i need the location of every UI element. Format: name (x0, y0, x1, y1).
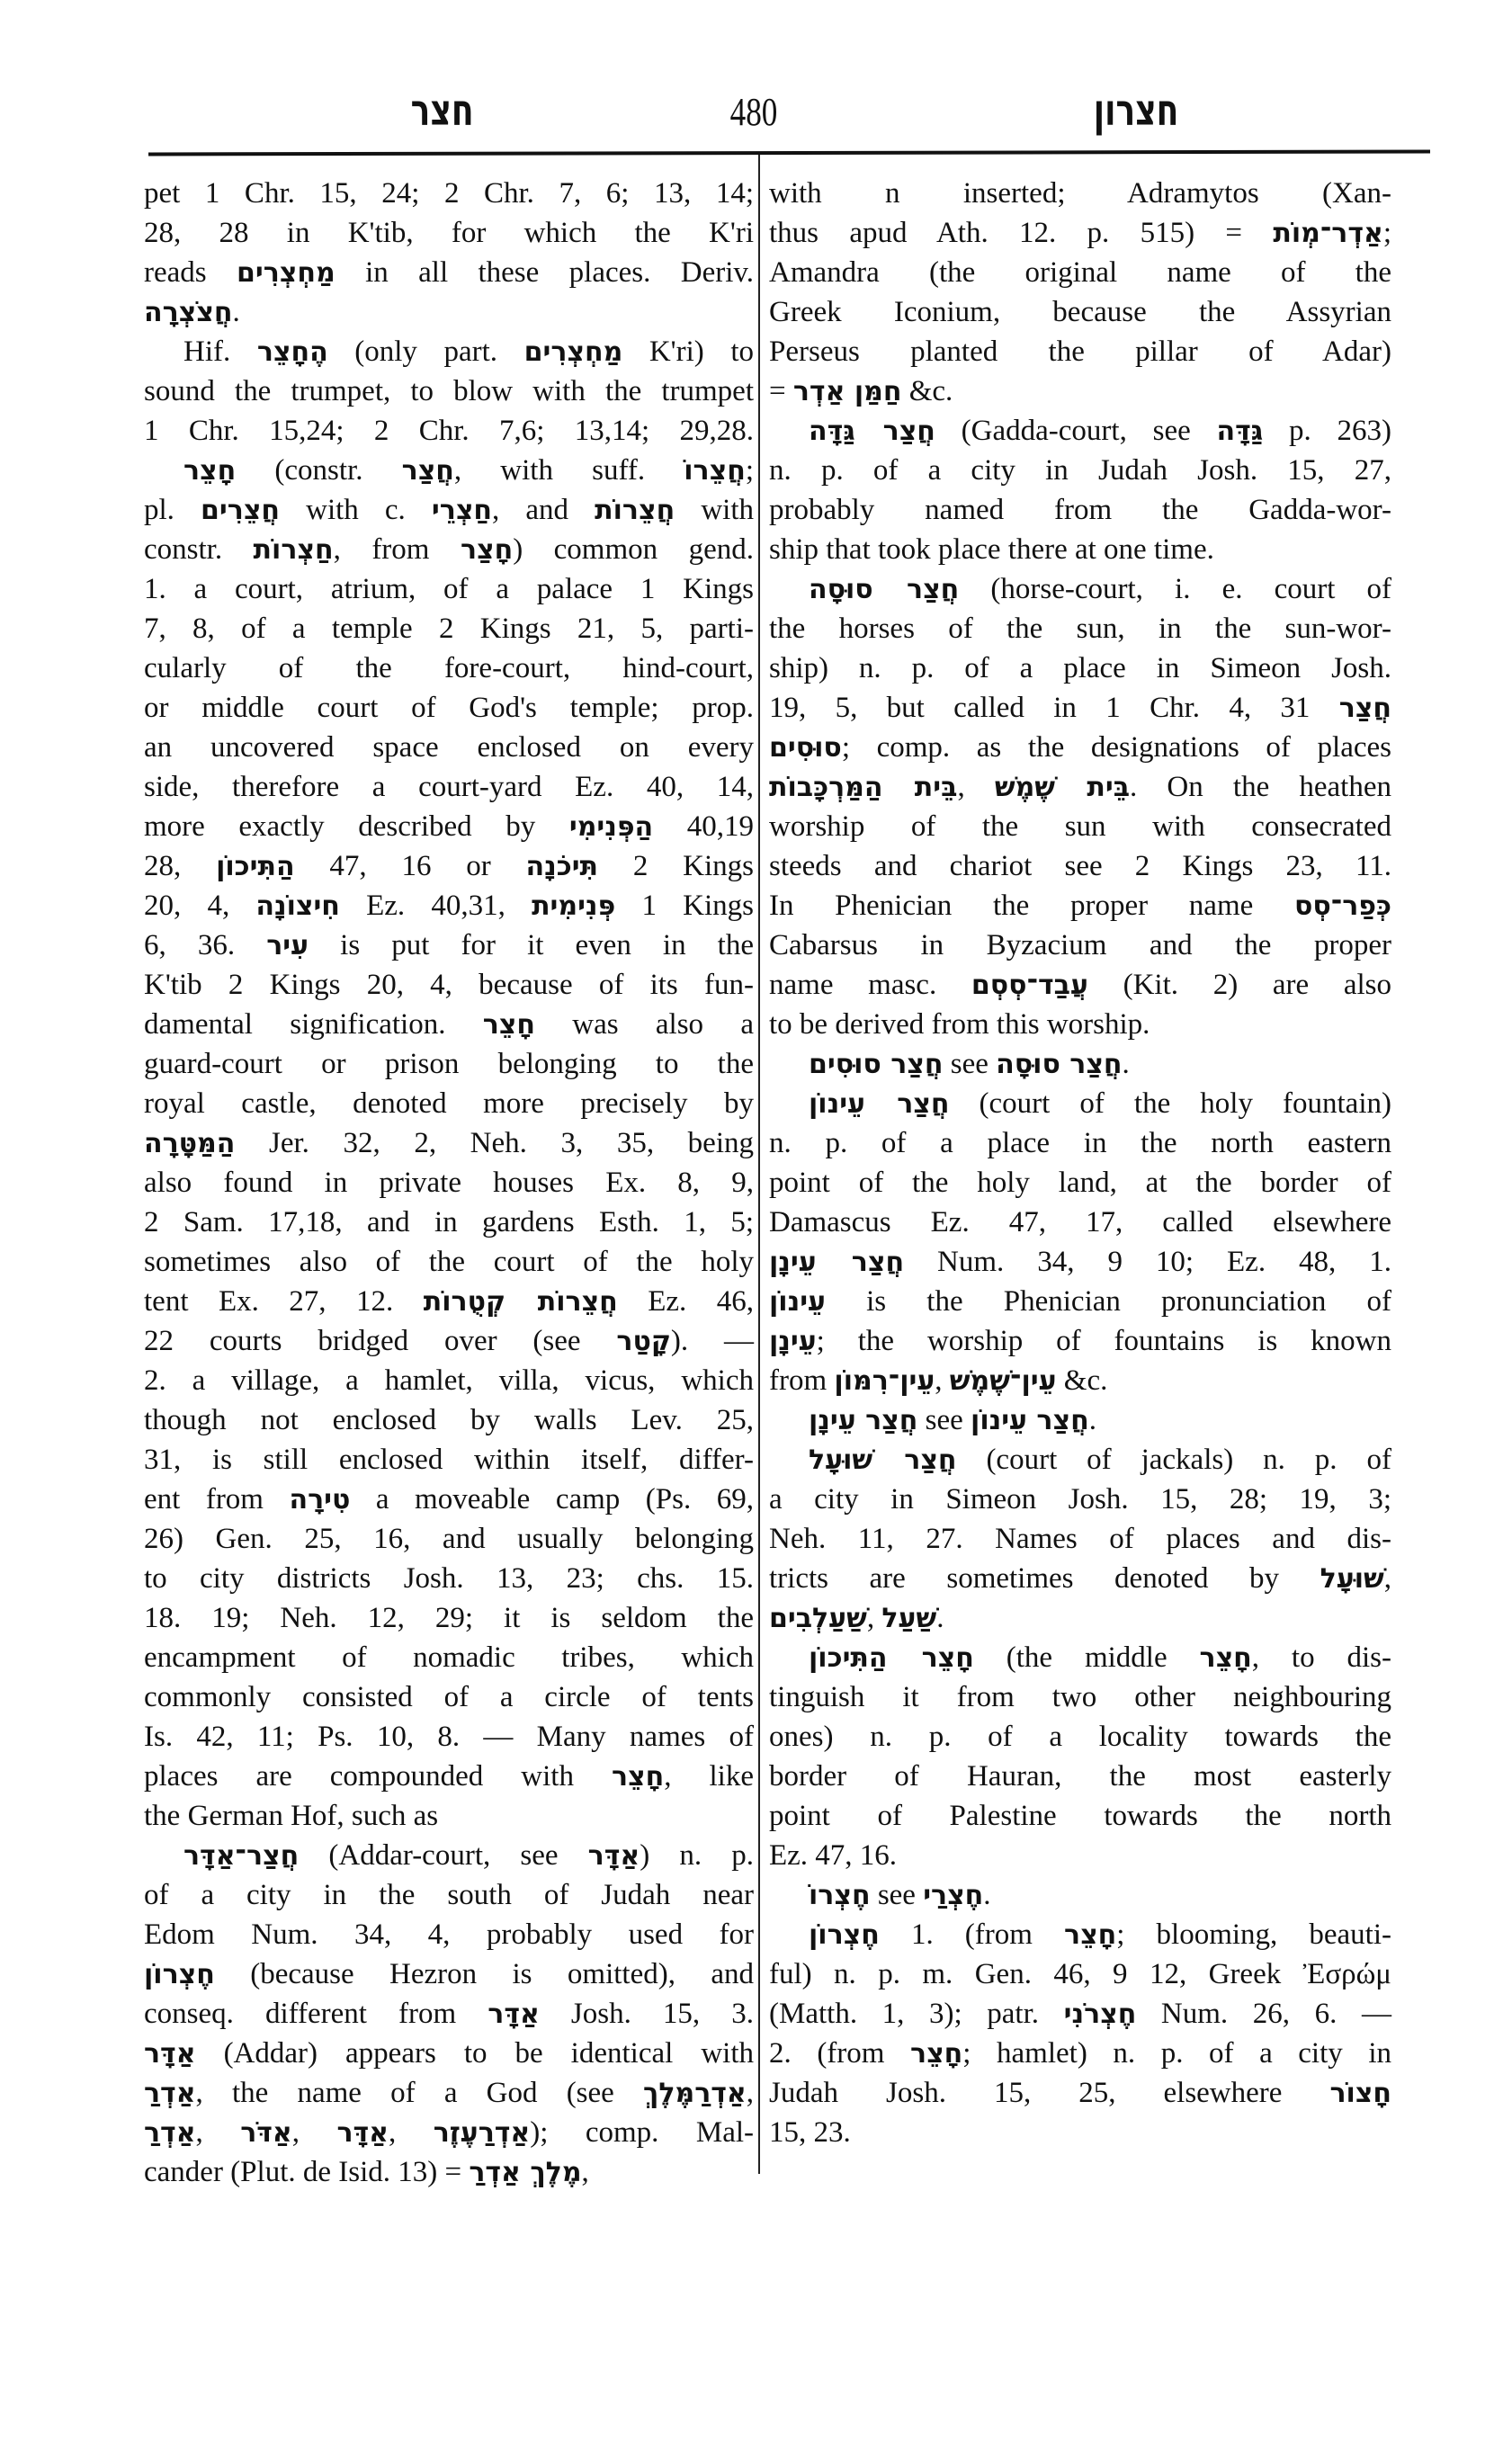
text-line: K'tib 2 Kings 20, 4, because of its fun- (144, 965, 754, 1005)
text-line: עֵינוֹן is the Phenician pronunciation o… (769, 1282, 1391, 1321)
text-line: חֲצַר סוּסָה (horse-court, i. e. court o… (769, 569, 1391, 609)
text-line: Hif. הֶחָצֵר (only part. מַחְצְרִים K'ri… (144, 332, 754, 371)
text-line: point of the holy land, at the border of (769, 1163, 1391, 1203)
text-line: חָצֵר הַתִּיכוֹן (the middle חָצֵר, to d… (769, 1638, 1391, 1677)
text-line: אַדְרַ, אַדֹּר, אַדָּר, אַדְרַעֶזֶר); co… (144, 2113, 754, 2152)
text-line: 18. 19; Neh. 12, 29; it is seldom the (144, 1598, 754, 1638)
text-line: an uncovered space enclosed on every (144, 728, 754, 767)
text-line: 2. (from חָצֵר; hamlet) n. p. of a city … (769, 2034, 1391, 2073)
text-line: Cabarsus in Byzacium and the proper (769, 925, 1391, 965)
text-line: conseq. different from אַדָּר Josh. 15, … (144, 1994, 754, 2034)
text-line: pet 1 Chr. 15, 24; 2 Chr. 7, 6; 13, 14; (144, 174, 754, 213)
text-line: 1 Chr. 15,24; 2 Chr. 7,6; 13,14; 29,28. (144, 411, 754, 451)
text-line: ful) n. p. m. Gen. 46, 9 12, Greek Ἐσρώμ (769, 1954, 1391, 1994)
text-line: steeds and chariot see 2 Kings 23, 11. (769, 846, 1391, 886)
text-line: = חַמַּן אַדְר &c. (769, 371, 1391, 411)
text-line: border of Hauran, the most easterly (769, 1757, 1391, 1796)
text-line: to city districts Josh. 13, 23; chs. 15. (144, 1559, 754, 1598)
text-line: ship that took place there at one time. (769, 530, 1391, 569)
text-line: 7, 8, of a temple 2 Kings 21, 5, parti- (144, 609, 754, 648)
text-line: sound the trumpet, to blow with the trum… (144, 371, 754, 411)
text-line: (Matth. 1, 3); patr. חֶצְרֹנִי Num. 26, … (769, 1994, 1391, 2034)
text-line: thus apud Ath. 12. p. 515) = אַדְר־מְוֹת… (769, 213, 1391, 253)
text-line: though not enclosed by walls Lev. 25, (144, 1400, 754, 1440)
right-column: with n inserted; Adramytos (Xan-thus apu… (769, 174, 1391, 2152)
text-line: tinguish it from two other neighbouring (769, 1677, 1391, 1717)
text-line: שַׁעַלְבִים, שַׁעַל. (769, 1598, 1391, 1638)
text-line: בֵּית הַמַּרְכָּבוֹת, בֵּית שֶׁמֶשׁ. On … (769, 767, 1391, 807)
text-line: also found in private houses Ex. 8, 9, (144, 1163, 754, 1203)
text-line: 6, 36. עִיר is put for it even in the (144, 925, 754, 965)
text-line: חֶצְרוֹן (because Hezron is omitted), an… (144, 1954, 754, 1994)
text-line: Greek Iconium, because the Assyrian (769, 292, 1391, 332)
text-line: חֲצַר שׁוּעָל (court of jackals) n. p. o… (769, 1440, 1391, 1480)
text-line: ones) n. p. of a locality towards the (769, 1717, 1391, 1757)
text-line: 20, 4, חִיצוֹנָה Ez. 40,31, פְּנִימִית 1… (144, 886, 754, 925)
text-line: n. p. of a city in Judah Josh. 15, 27, (769, 451, 1391, 490)
text-line: חֲצַר עֵינוֹן (court of the holy fountai… (769, 1084, 1391, 1123)
text-line: point of Palestine towards the north (769, 1796, 1391, 1836)
text-line: 28, הַתִּיכוֹן 47, 16 or תִּיכֹנָה 2 Kin… (144, 846, 754, 886)
text-line: side, therefore a court-yard Ez. 40, 14, (144, 767, 754, 807)
text-line: 19, 5, but called in 1 Chr. 4, 31 חֲצַר (769, 688, 1391, 728)
text-line: 15, 23. (769, 2113, 1391, 2152)
text-line: tent Ex. 27, 12. חֲצֵרוֹת קְטֻרוֹת Ez. 4… (144, 1282, 754, 1321)
text-line: Perseus planted the pillar of Adar) (769, 332, 1391, 371)
text-line: In Phenician the proper name כְּפַר־סְס (769, 886, 1391, 925)
page-number: 480 (730, 89, 778, 135)
text-line: royal castle, denoted more precisely by (144, 1084, 754, 1123)
text-line: חֲצַר־אַדָּר (Addar-court, see אַדָּר) n… (144, 1836, 754, 1875)
text-line: חֲצַר סוּסִים see חֲצַר סוּסָה. (769, 1044, 1391, 1084)
text-line: חֲצֹצְרָה. (144, 292, 754, 332)
text-line: constr. חַצְרוֹת, from חָצַר) common gen… (144, 530, 754, 569)
text-line: of a city in the south of Judah near (144, 1875, 754, 1915)
left-column: pet 1 Chr. 15, 24; 2 Chr. 7, 6; 13, 14;2… (144, 174, 754, 2192)
text-line: עֵינָן; the worship of fountains is know… (769, 1321, 1391, 1361)
text-line: Judah Josh. 15, 25, elsewhere חָצוֹר (769, 2073, 1391, 2113)
text-line: אַדָּר (Addar) appears to be identical w… (144, 2034, 754, 2073)
text-line: more exactly described by הַפְּנִימִי 40… (144, 807, 754, 846)
running-head-left-word: חצר (411, 85, 474, 136)
text-line: 26) Gen. 25, 16, and usually belonging (144, 1519, 754, 1559)
text-line: 31, is still enclosed within itself, dif… (144, 1440, 754, 1480)
text-line: Amandra (the original name of the (769, 253, 1391, 292)
text-line: damental signification. חָצֵר was also a (144, 1005, 754, 1044)
text-line: 22 courts bridged over (see קָטַר). — (144, 1321, 754, 1361)
text-line: 2 Sam. 17,18, and in gardens Esth. 1, 5; (144, 1203, 754, 1242)
text-line: commonly consisted of a circle of tents (144, 1677, 754, 1717)
text-line: n. p. of a place in the north eastern (769, 1123, 1391, 1163)
text-line: חֲצַר עֵינָן see חֲצַר עֵינוֹן. (769, 1400, 1391, 1440)
text-line: חָצֵר (constr. חֲצַר, with suff. חֲצֵרוֹ… (144, 451, 754, 490)
text-line: places are compounded with חָצֵר, like (144, 1757, 754, 1796)
text-line: or middle court of God's temple; prop. (144, 688, 754, 728)
text-line: cander (Plut. de Isid. 13) = מֶלֶךְ אַדְ… (144, 2152, 754, 2192)
text-line: Ez. 47, 16. (769, 1836, 1391, 1875)
text-line: הַמַּטָּרָה Jer. 32, 2, Neh. 3, 35, bein… (144, 1123, 754, 1163)
text-line: the horses of the sun, in the sun-wor- (769, 609, 1391, 648)
header-rule (148, 150, 1430, 156)
text-line: worship of the sun with consecrated (769, 807, 1391, 846)
text-line: pl. חֲצֵרִים with c. חַצְרֵי, and חֲצֵרו… (144, 490, 754, 530)
text-line: probably named from the Gadda-wor- (769, 490, 1391, 530)
running-head-right-word: חצרון (1094, 85, 1179, 136)
text-line: אַדְרַ, the name of a God (see אַדְרַמֶּ… (144, 2073, 754, 2113)
text-line: ship) n. p. of a place in Simeon Josh. (769, 648, 1391, 688)
text-line: ent from טִירָה a moveable camp (Ps. 69, (144, 1480, 754, 1519)
column-divider (758, 155, 760, 2174)
text-line: a city in Simeon Josh. 15, 28; 19, 3; (769, 1480, 1391, 1519)
text-line: חֲצַר עֵינָן Num. 34, 9 10; Ez. 48, 1. (769, 1242, 1391, 1282)
running-head: חצר 480 חצרון (148, 85, 1430, 148)
text-line: from עֵין־רִמּוֹן, עֵין־שֶׁמֶשׁ &c. (769, 1361, 1391, 1400)
text-line: Edom Num. 34, 4, probably used for (144, 1915, 754, 1954)
text-line: Neh. 11, 27. Names of places and dis- (769, 1519, 1391, 1559)
text-line: reads מַחְצְרִים in all these places. De… (144, 253, 754, 292)
text-line: 28, 28 in K'tib, for which the K'ri (144, 213, 754, 253)
text-line: Is. 42, 11; Ps. 10, 8. — Many names of (144, 1717, 754, 1757)
text-line: סוּסִים; comp. as the designations of pl… (769, 728, 1391, 767)
text-line: sometimes also of the court of the holy (144, 1242, 754, 1282)
text-line: name masc. עֲבַד־סְסְם (Kit. 2) are also (769, 965, 1391, 1005)
text-line: Damascus Ez. 47, 17, called elsewhere (769, 1203, 1391, 1242)
text-line: to be derived from this worship. (769, 1005, 1391, 1044)
text-line: cularly of the fore-court, hind-court, (144, 648, 754, 688)
text-line: 2. a village, a hamlet, villa, vicus, wh… (144, 1361, 754, 1400)
text-line: with n inserted; Adramytos (Xan- (769, 174, 1391, 213)
text-line: encampment of nomadic tribes, which (144, 1638, 754, 1677)
text-line: חֲצַר גַּדָּה (Gadda-court, see גַּדָּה … (769, 411, 1391, 451)
text-line: 1. a court, atrium, of a palace 1 Kings (144, 569, 754, 609)
text-line: the German Hof, such as (144, 1796, 754, 1836)
text-line: חֶצְרוֹ see חֶצְרַי. (769, 1875, 1391, 1915)
text-line: guard-court or prison belonging to the (144, 1044, 754, 1084)
text-line: חֶצְרוֹן 1. (from חָצֵר; blooming, beaut… (769, 1915, 1391, 1954)
text-line: tricts are sometimes denoted by שׁוּעָל, (769, 1559, 1391, 1598)
